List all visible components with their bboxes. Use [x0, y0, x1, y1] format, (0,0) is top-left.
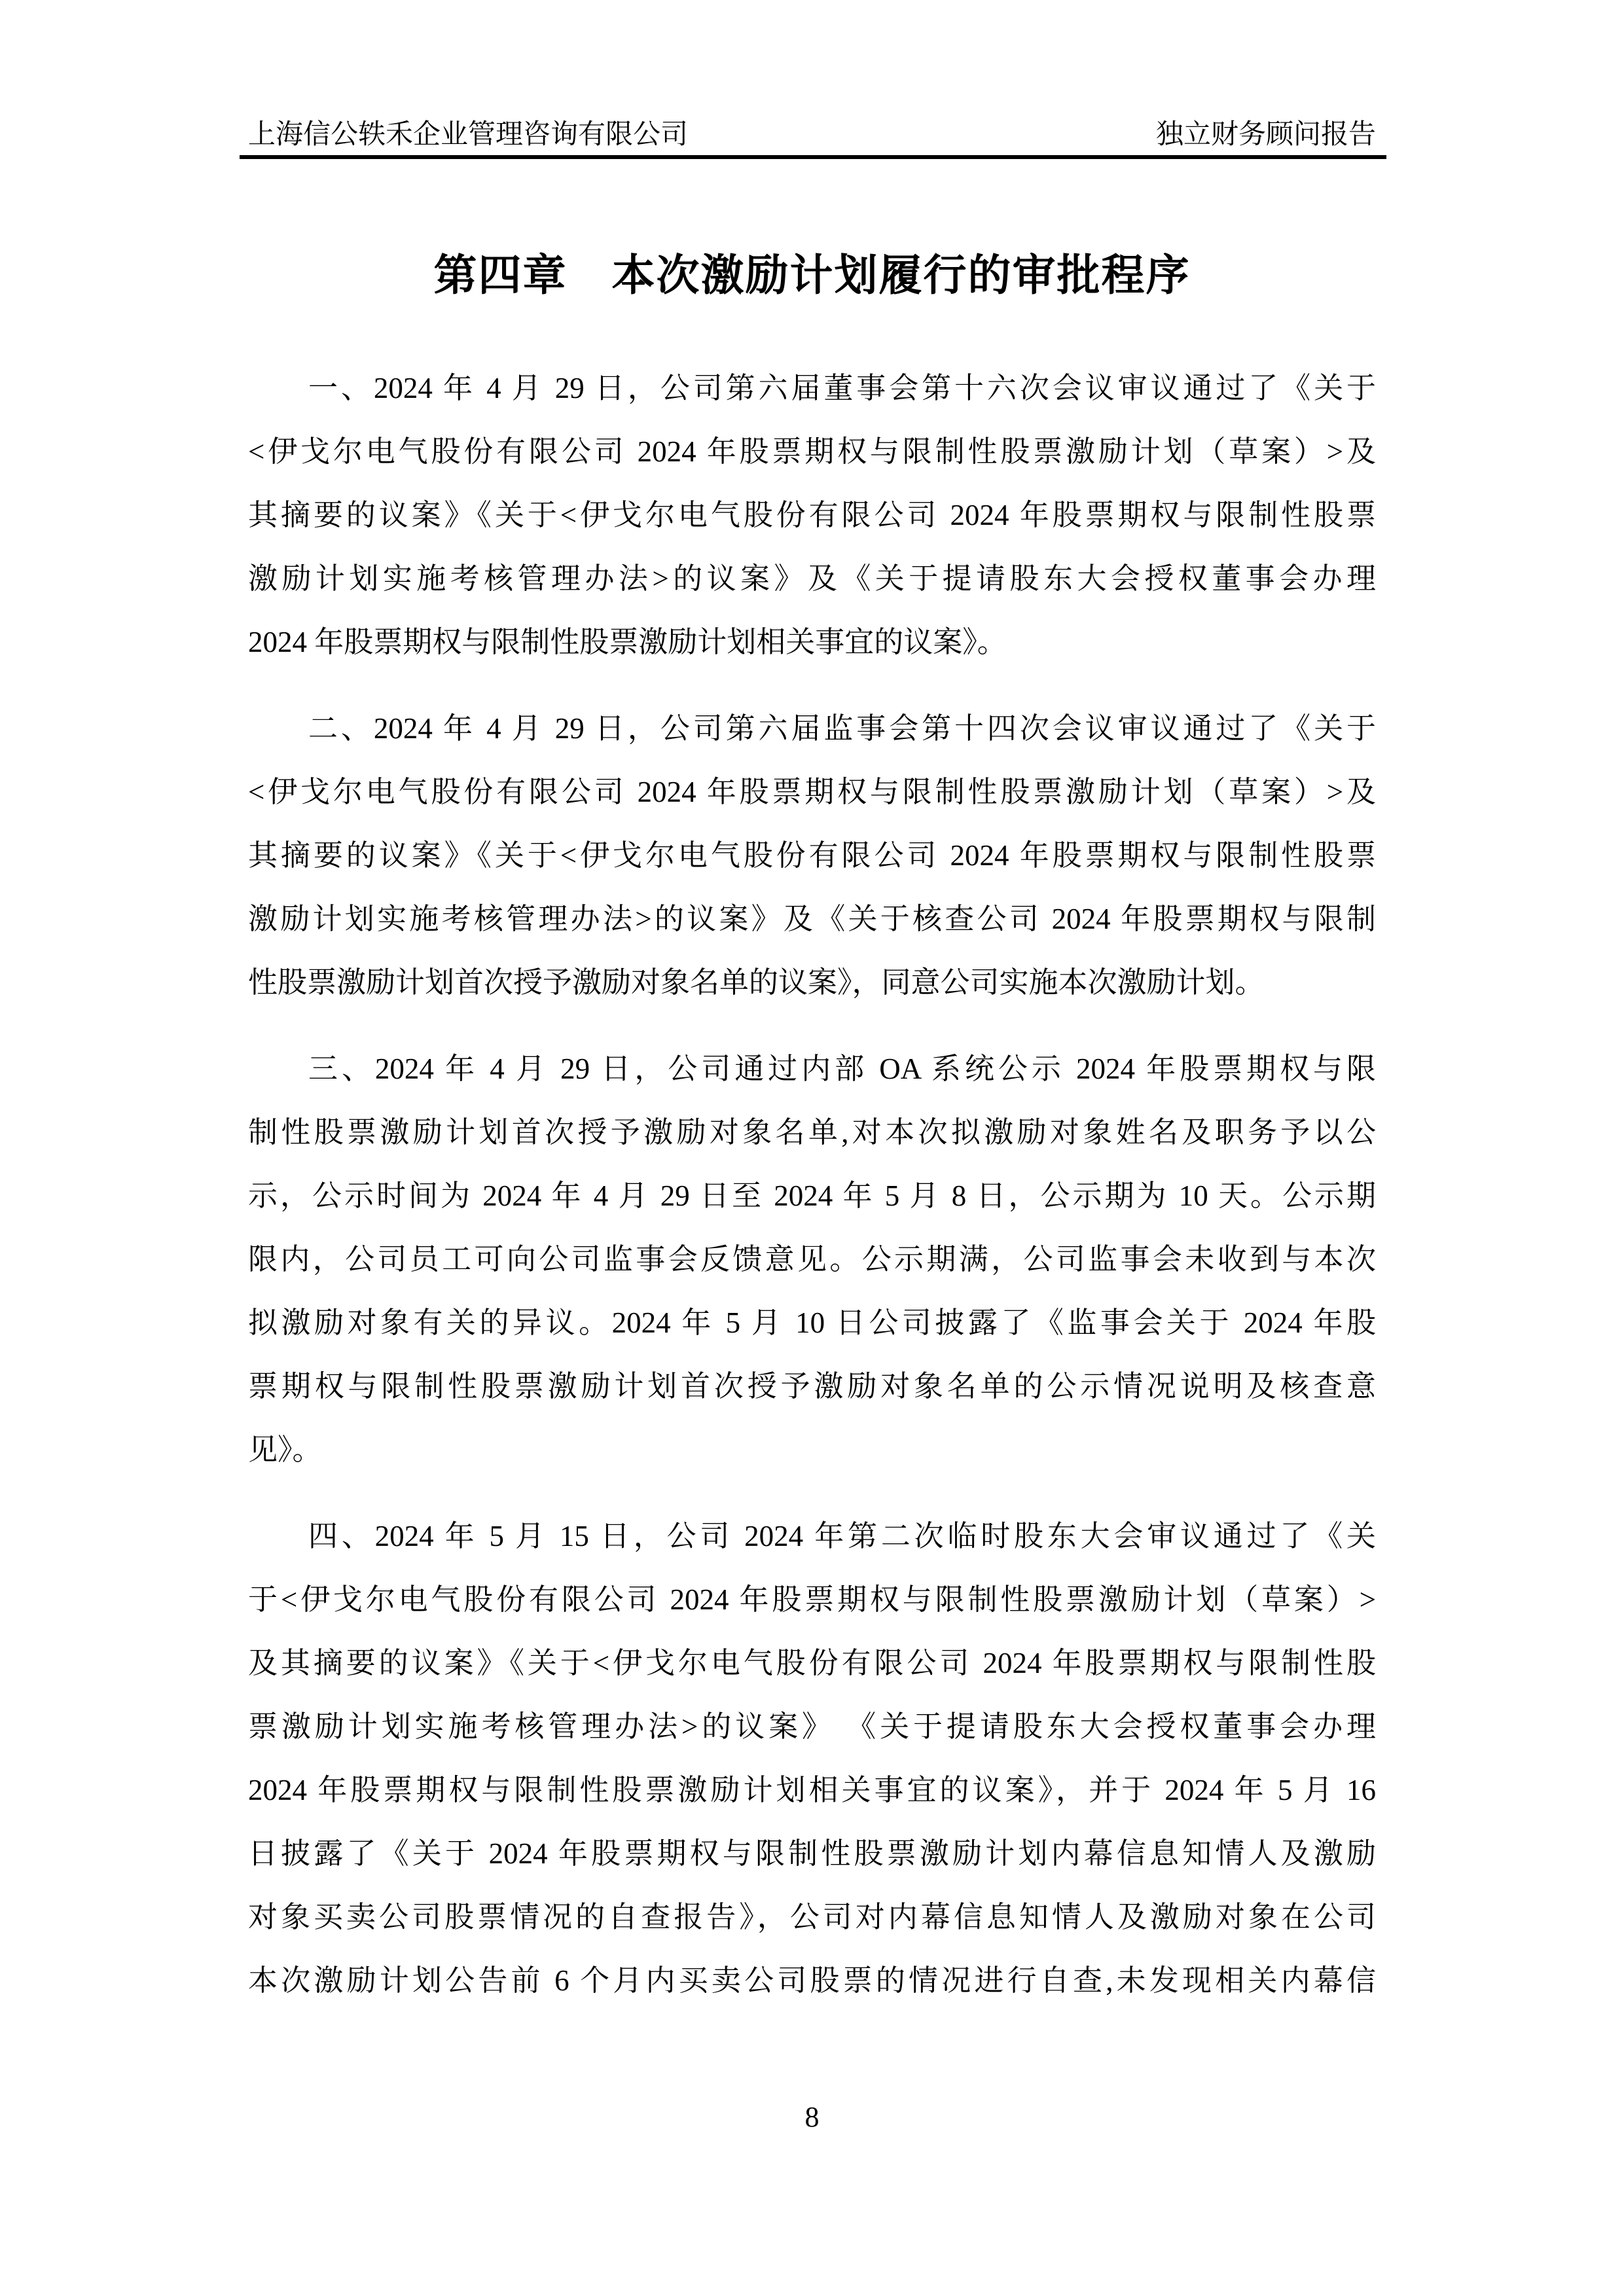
chapter-title: 第四章 本次激励计划履行的审批程序: [0, 247, 1624, 305]
body-line: 本次激励计划公告前 6 个月内买卖公司股票的情况进行自查,未发现相关内幕信: [248, 1949, 1376, 2013]
body-line: 于<伊戈尔电气股份有限公司 2024 年股票期权与限制性股票激励计划（草案）>: [248, 1568, 1376, 1632]
header-report-type: 独立财务顾问报告: [1156, 117, 1376, 153]
body-paragraph: 三、2024 年 4 月 29 日，公司通过内部 OA 系统公示 2024 年股…: [248, 1037, 1376, 1482]
page-header: 上海信公轶禾企业管理咨询有限公司 独立财务顾问报告: [248, 117, 1376, 153]
body-line: <伊戈尔电气股份有限公司 2024 年股票期权与限制性股票激励计划（草案）>及: [248, 420, 1376, 484]
document-page: 上海信公轶禾企业管理咨询有限公司 独立财务顾问报告 第四章 本次激励计划履行的审…: [0, 0, 1624, 2296]
body-line: 2024 年股票期权与限制性股票激励计划相关事宜的议案》。: [248, 611, 1376, 674]
body-line: 制性股票激励计划首次授予激励对象名单,对本次拟激励对象姓名及职务予以公: [248, 1101, 1376, 1164]
body-line: 票激励计划实施考核管理办法>的议案》 《关于提请股东大会授权董事会办理: [248, 1695, 1376, 1759]
body-line: 三、2024 年 4 月 29 日，公司通过内部 OA 系统公示 2024 年股…: [248, 1037, 1376, 1101]
body-paragraph: 二、2024 年 4 月 29 日，公司第六届监事会第十四次会议审议通过了《关于…: [248, 697, 1376, 1014]
body-line: 其摘要的议案》《关于<伊戈尔电气股份有限公司 2024 年股票期权与限制性股票: [248, 824, 1376, 888]
body-line: 激励计划实施考核管理办法>的议案》及《关于核查公司 2024 年股票期权与限制: [248, 888, 1376, 951]
header-divider-rule: [240, 155, 1386, 159]
body-line: <伊戈尔电气股份有限公司 2024 年股票期权与限制性股票激励计划（草案）>及: [248, 761, 1376, 824]
body-line: 对象买卖公司股票情况的自查报告》，公司对内幕信息知情人及激励对象在公司: [248, 1886, 1376, 1949]
body-paragraph: 四、2024 年 5 月 15 日，公司 2024 年第二次临时股东大会审议通过…: [248, 1505, 1376, 2013]
body-line: 2024 年股票期权与限制性股票激励计划相关事宜的议案》，并于 2024 年 5…: [248, 1759, 1376, 1822]
header-company-name: 上海信公轶禾企业管理咨询有限公司: [248, 117, 688, 153]
body-line: 性股票激励计划首次授予激励对象名单的议案》，同意公司实施本次激励计划。: [248, 951, 1376, 1014]
body-line: 日披露了《关于 2024 年股票期权与限制性股票激励计划内幕信息知情人及激励: [248, 1822, 1376, 1886]
body-line: 其摘要的议案》《关于<伊戈尔电气股份有限公司 2024 年股票期权与限制性股票: [248, 484, 1376, 547]
body-line: 激励计划实施考核管理办法>的议案》及《关于提请股东大会授权董事会办理: [248, 547, 1376, 611]
body-line: 见》。: [248, 1418, 1376, 1482]
body-line: 四、2024 年 5 月 15 日，公司 2024 年第二次临时股东大会审议通过…: [248, 1505, 1376, 1568]
body-line: 示，公示时间为 2024 年 4 月 29 日至 2024 年 5 月 8 日，…: [248, 1164, 1376, 1228]
body-paragraph: 一、2024 年 4 月 29 日，公司第六届董事会第十六次会议审议通过了《关于…: [248, 357, 1376, 674]
page-number: 8: [805, 2101, 820, 2133]
page-footer: 8: [0, 2098, 1624, 2137]
body-line: 及其摘要的议案》《关于<伊戈尔电气股份有限公司 2024 年股票期权与限制性股: [248, 1632, 1376, 1695]
document-body: 一、2024 年 4 月 29 日，公司第六届董事会第十六次会议审议通过了《关于…: [248, 357, 1376, 2036]
body-line: 票期权与限制性股票激励计划首次授予激励对象名单的公示情况说明及核查意: [248, 1355, 1376, 1418]
body-line: 拟激励对象有关的异议。2024 年 5 月 10 日公司披露了《监事会关于 20…: [248, 1291, 1376, 1355]
body-line: 二、2024 年 4 月 29 日，公司第六届监事会第十四次会议审议通过了《关于: [248, 697, 1376, 761]
body-line: 一、2024 年 4 月 29 日，公司第六届董事会第十六次会议审议通过了《关于: [248, 357, 1376, 420]
body-line: 限内，公司员工可向公司监事会反馈意见。公示期满，公司监事会未收到与本次: [248, 1228, 1376, 1291]
